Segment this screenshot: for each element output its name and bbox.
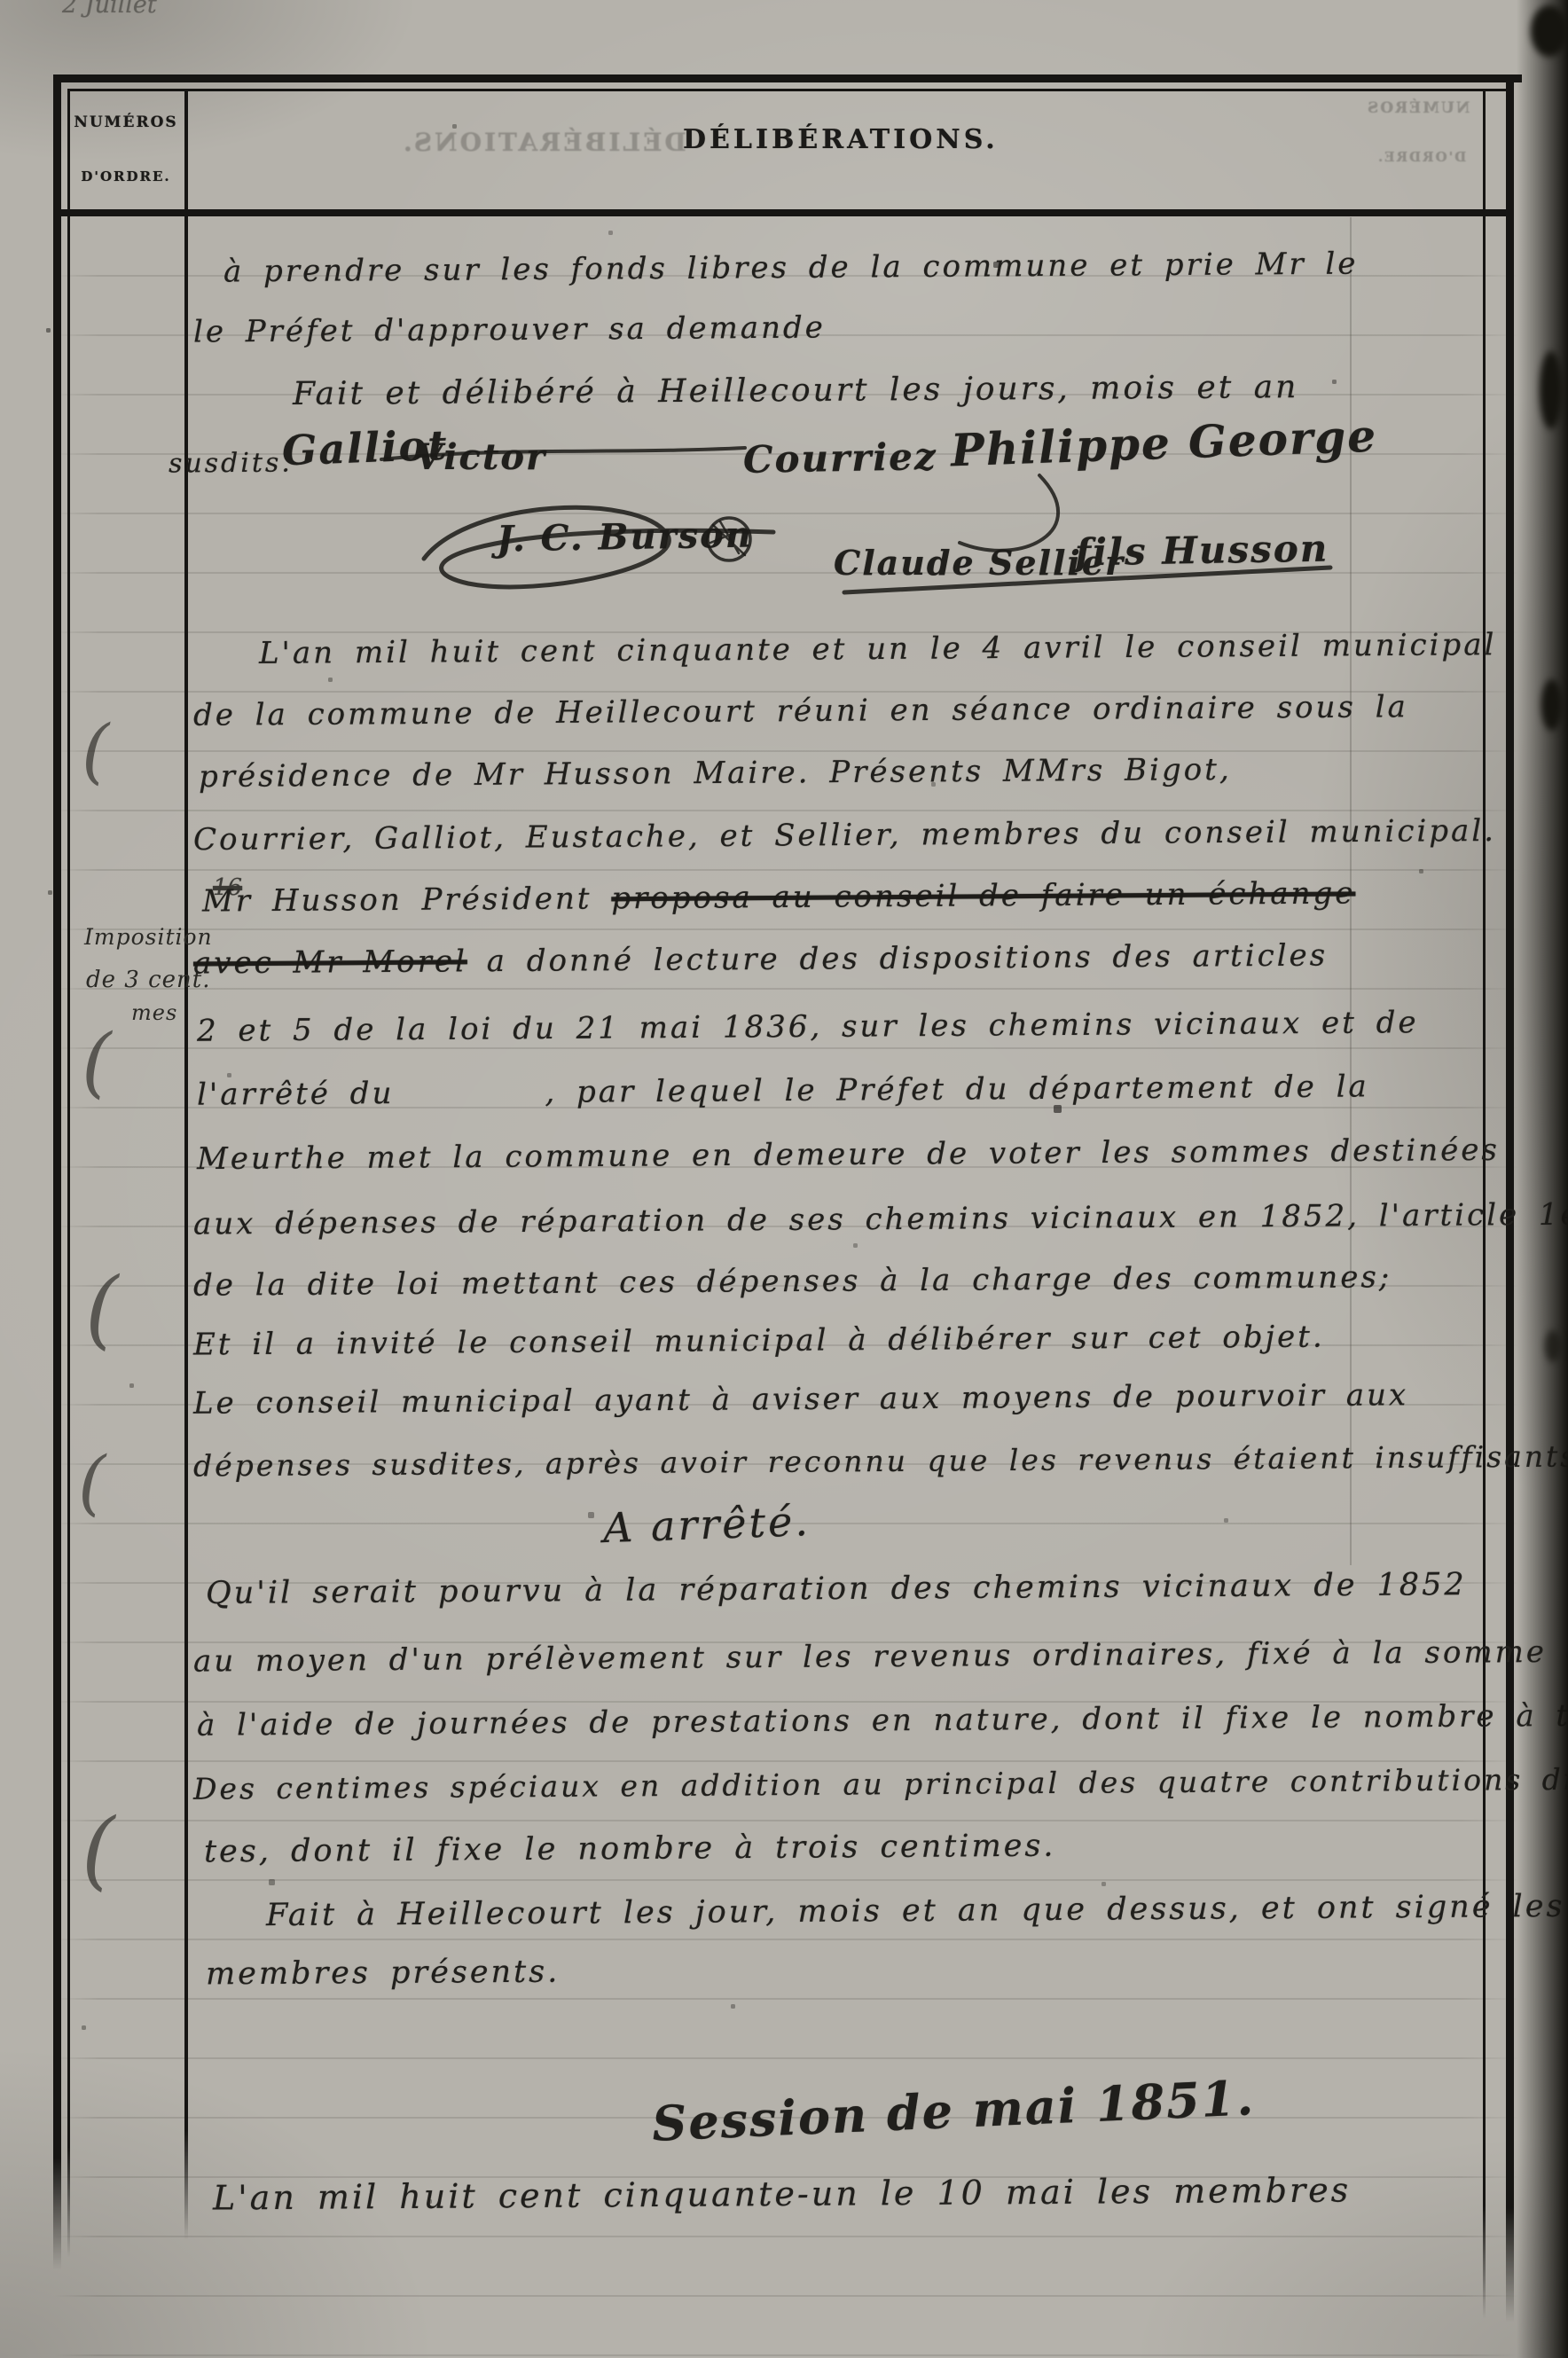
decision-heading: A arrêté.: [602, 1497, 811, 1552]
book-gutter-shadow: [1517, 0, 1568, 2358]
frame-top-inner: [67, 89, 1509, 91]
gutter-blob: [1531, 5, 1568, 57]
handwritten-line: dépenses susdites, après avoir reconnu q…: [193, 1439, 1568, 1484]
margin-brace-mark: (: [82, 1018, 112, 1107]
margin-brace-mark: (: [78, 1441, 106, 1524]
signature: Philippe George: [950, 410, 1378, 477]
handwritten-line: de la dite loi mettant ces dépenses à la…: [193, 1259, 1392, 1303]
margin-brace-mark: (: [85, 1259, 118, 1359]
handwritten-line: Le conseil municipal ayant à aviser aux …: [193, 1377, 1408, 1422]
line-text: , par lequel le Préfet du département de…: [545, 1069, 1369, 1109]
handwritten-line: avec Mr Morel a donné lecture des dispos…: [193, 938, 1328, 982]
session-heading: Session de mai 1851.: [651, 2069, 1256, 2152]
frame-left-outer: [53, 74, 61, 2291]
handwritten-line: Mr Husson Président proposa au conseil d…: [202, 875, 1356, 919]
paper-specks: [0, 0, 1, 1]
margin-brace-mark: (: [82, 709, 109, 792]
margin-brace-mark: (: [82, 1800, 114, 1900]
blank-space: [394, 1102, 545, 1103]
handwritten-line: aux dépenses de réparation de ses chemin…: [193, 1196, 1568, 1242]
edge-note: 2 Juillet: [62, 0, 157, 19]
page-title: DÉLIBÉRATIONS.: [683, 124, 999, 155]
register-page: 2 Juillet NUMÉROS D'ORDRE. DÉLIBÉRATIONS…: [0, 0, 1568, 2358]
handwritten-line: Et il a invité le conseil municipal à dé…: [193, 1320, 1325, 1363]
crossed-out-text: avec Mr Morel: [193, 944, 467, 981]
gutter-blob: [1545, 1330, 1561, 1362]
margin-note-line-3: mes: [131, 1000, 177, 1025]
gutter-blob: [1540, 351, 1563, 429]
line-text: l'arrêté du: [197, 1076, 395, 1113]
signature: fils Husson: [1075, 527, 1329, 575]
handwritten-line: membres présents.: [206, 1955, 561, 1993]
handwritten-line: Qu'il serait pourvu à la réparation des …: [206, 1567, 1467, 1611]
order-column-label-1: NUMÉROS: [74, 114, 177, 131]
frame-left-inner: [67, 89, 70, 2279]
line-text: a donné lecture des dispositions des art…: [487, 938, 1329, 980]
handwritten-line: L'an mil huit cent cinquante et un le 4 …: [259, 627, 1497, 671]
handwritten-line: présidence de Mr Husson Maire. Présents …: [199, 752, 1232, 795]
handwritten-line: Fait à Heillecourt les jour, mois et an …: [266, 1889, 1565, 1933]
handwritten-line: l'arrêté du, par lequel le Préfet du dép…: [197, 1069, 1369, 1112]
handwritten-line: 2 et 5 de la loi du 21 mai 1836, sur les…: [197, 1005, 1419, 1049]
line-text: Mr Husson Président: [202, 881, 592, 919]
handwritten-line: susdits.: [169, 448, 293, 480]
handwritten-line: le Préfet d'approuver sa demande: [193, 310, 826, 350]
handwritten-line: Des centimes spéciaux en addition au pri…: [193, 1761, 1568, 1806]
handwritten-line: tes, dont il fixe le nombre à trois cent…: [204, 1829, 1056, 1870]
crossed-out-text: proposa au conseil de faire un échange: [611, 875, 1355, 916]
handwritten-line: de la commune de Heillecourt réuni en sé…: [193, 689, 1408, 733]
header-separator-rule: [53, 209, 1512, 216]
margin-note-line-2: de 3 cent.: [86, 967, 211, 993]
gutter-blob: [1541, 679, 1563, 731]
bleed-through-title: DÉLIBÉRATIONS.: [401, 128, 686, 157]
signature: Victor: [415, 436, 546, 478]
handwritten-line: au moyen d'un prélèvement sur les revenu…: [193, 1633, 1568, 1679]
order-column-label-2: D'ORDRE.: [81, 168, 170, 184]
handwritten-line: à l'aide de journées de prestations en n…: [197, 1697, 1568, 1743]
order-column-rule: [184, 89, 188, 2261]
handwritten-line: Meurthe met la commune en demeure de vot…: [197, 1132, 1500, 1177]
paper-vignette: [0, 0, 1568, 2358]
signature: J. C. Burson: [497, 513, 754, 560]
frame-top-outer: [53, 74, 1522, 82]
handwritten-line: Fait et délibéré à Heillecourt les jours…: [293, 369, 1299, 412]
signature: Courriez: [743, 435, 938, 482]
bleed-through-corner-2: D'ORDRE.: [1376, 149, 1466, 165]
handwritten-line: Courrier, Galliot, Eustache, et Sellier,…: [193, 813, 1496, 858]
handwritten-line: à prendre sur les fonds libres de la com…: [223, 247, 1359, 290]
bleed-through-corner-1: NUMÉROS: [1366, 99, 1470, 117]
handwritten-line: L'an mil huit cent cinquante-un le 10 ma…: [213, 2171, 1351, 2218]
signature-flourish: [0, 0, 1568, 2358]
